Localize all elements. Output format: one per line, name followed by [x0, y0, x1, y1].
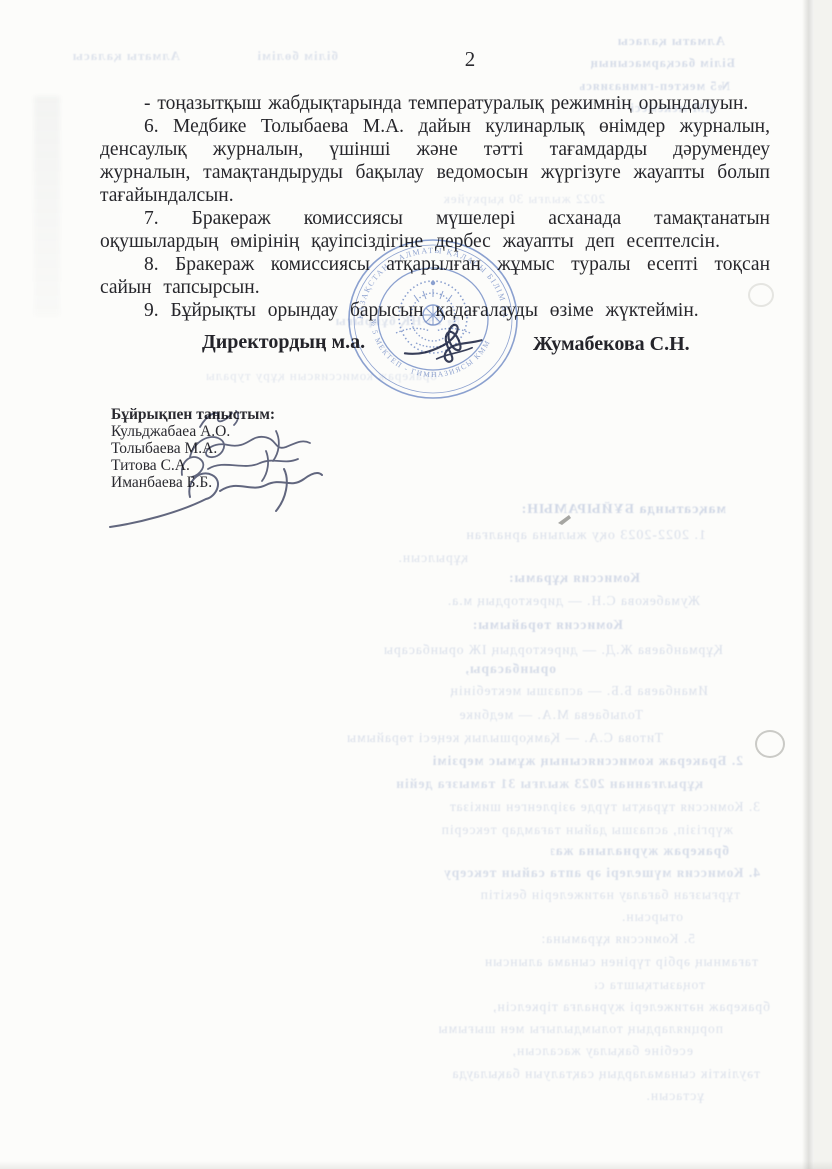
bleedthrough-line: есебіне бақылау жасалсын,	[508, 1044, 693, 1059]
director-name: Жумабекова С.Н.	[533, 333, 690, 356]
bleedthrough-line: білім бөлімі	[226, 49, 338, 63]
bleedthrough-line: Титова С.А. — Қамқоршылық кеңесі төрайым…	[328, 731, 663, 746]
bleedthrough-line: тоңазытқышта сақталсын,	[595, 978, 705, 993]
bleedthrough-line: мақсатында БҰЙЫРАМЫН:	[478, 502, 726, 517]
bleedthrough-line: тағамның әрбір түрінен сынама алынсын	[418, 955, 758, 970]
scan-bottom-shadow	[0, 1161, 832, 1169]
paragraph: - тоңазытқыш жабдықтарында температуралы…	[100, 92, 770, 115]
bleedthrough-line: 3. Комиссия тұрақты түрде әзірленген шик…	[328, 800, 760, 815]
bleedthrough-line: Комиссия төрайымы:	[428, 618, 623, 633]
bleedthrough-line: бракераж журналына жазылсын.	[551, 844, 729, 859]
bleedthrough-line: Білім басқармасының	[565, 57, 735, 71]
hole-mark	[755, 730, 785, 758]
scan-smudge	[34, 96, 60, 316]
bleedthrough-line: тәуліктік сынамалардың сақталуын бақылау…	[328, 1067, 760, 1082]
bleedthrough-line: орынбасары,	[436, 662, 556, 677]
bleedthrough-line: Толыбаева М.А. — медбике	[428, 708, 643, 723]
scanned-document-page: Алматы қаласыбілім бөліміАлматы қаласыБі…	[0, 0, 832, 1169]
bleedthrough-line: Құрманбаева Ж.Д. — директордың ІЖ орынба…	[298, 643, 723, 658]
bleedthrough-line: бракераж нәтижелері журналға тіркелсін,	[388, 1000, 770, 1015]
signature	[190, 431, 310, 461]
signature	[200, 411, 238, 427]
bleedthrough-line: 2. Бракераж комиссиясының жұмыс мерзімі	[318, 754, 743, 769]
signature	[110, 469, 322, 527]
bleedthrough-line: ұстасын.	[616, 1089, 704, 1104]
bleedthrough-line: 4. Комиссия мүшелері әр апта сайын тексе…	[328, 866, 760, 881]
acknowledgement-signatures	[100, 403, 340, 543]
bleedthrough-line: тұрғызған бағалау нәтижелерін бекітіп	[298, 888, 740, 903]
bleedthrough-line: жүргізіп, аспазшы дайын тағамдар тексері…	[328, 823, 733, 838]
director-signature	[398, 316, 494, 372]
bleedthrough-line: Алматы қаласы	[62, 49, 180, 63]
pen-tick-artifact	[558, 514, 574, 528]
bleedthrough-line: құрылғаннан 2023 жылғы 31 тамызға дейін	[298, 777, 703, 792]
bleedthrough-line: отырсын.	[598, 910, 683, 925]
director-title: Директордың м.а.	[202, 331, 365, 354]
signature	[182, 451, 298, 481]
paragraph: 6. Медбике Толыбаева М.А. дайын кулинарл…	[100, 115, 770, 207]
bleedthrough-line: 1. 2022-2023 оқу жылына арналған	[388, 528, 706, 543]
bleedthrough-line: порциялардың толымдылығы мен шығымы	[378, 1022, 723, 1037]
scan-edge-shadow	[802, 0, 814, 1169]
bleedthrough-line: Комиссия құрамы:	[428, 571, 640, 586]
bleedthrough-line: құрылсын.	[358, 551, 468, 566]
bleedthrough-line: 5. Комиссия құрамына:	[540, 932, 695, 947]
scan-edge-margin	[814, 0, 832, 1169]
bleedthrough-line: Жумабекова С.Н. — директордың м.а.	[338, 594, 700, 609]
bleedthrough-line: Иманбаева Б.Б. — аспазшы мектебінің	[378, 684, 708, 699]
bleedthrough-line: Алматы қаласы	[575, 34, 725, 48]
page-number: 2	[455, 47, 485, 72]
